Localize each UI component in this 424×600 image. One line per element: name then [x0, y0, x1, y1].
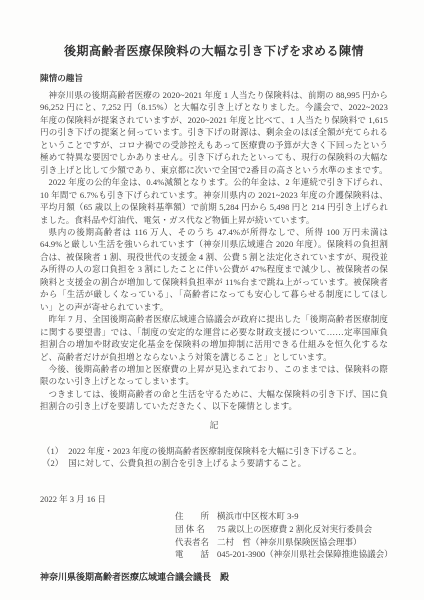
paragraph-4: 昨年 7 月、全国後期高齢者医療広域連合協議会が政府に提出した「後期高齢者医療制… [40, 313, 388, 363]
item-1-number: （1） [42, 446, 63, 456]
representative-label: 代表者名 [175, 536, 209, 549]
organization-label: 団 体 名 [175, 523, 209, 536]
section-heading-purpose: 陳情の趣旨 [40, 72, 388, 84]
petition-document-page: 後期高齢者医療保険料の大幅な引き下げを求める陳情 陳情の趣旨 神奈川県の後期高齢… [0, 0, 424, 600]
representative-value: 二村 哲（神奈川県保険医協会理事） [217, 537, 362, 547]
signature-block: 住 所横浜市中区桜木町 3-9 団 体 名75 歳以上の医療費 2 割化反対実行… [175, 510, 388, 561]
paragraph-5: 今後、後期高齢者の増加と医療費の上昇が見込まれており、このままでは、保険料の際限… [40, 363, 388, 388]
page-title: 後期高齢者医療保険料の大幅な引き下げを求める陳情 [40, 42, 388, 59]
signature-row-representative: 代表者名二村 哲（神奈川県保険医協会理事） [175, 536, 388, 549]
ki-marker: 記 [40, 418, 388, 431]
item-2-number: （2） [42, 458, 63, 468]
paragraph-3: 県内の後期高齢者は 116 万人、そのうち 47.4%が所得なしで、所得 100… [40, 226, 388, 313]
address-label: 住 所 [175, 510, 209, 523]
phone-value: 045-201-3900（神奈川県社会保障推進協議会） [217, 549, 393, 559]
petition-item-2: （2）国に対して、公費負担の割合を引き上げるよう要請すること。 [42, 457, 388, 470]
paragraph-2: 2022 年度の公的年金は、0.4%減額となります。公的年金は、2 年連続で引き… [40, 176, 388, 226]
item-2-text: 国に対して、公費負担の割合を引き上げるよう要請すること。 [68, 458, 306, 468]
petition-items: （1）2022 年度・2023 年度の後期高齢者医療制度保険料を大幅に引き下げる… [42, 445, 388, 470]
phone-label: 電 話 [175, 548, 209, 561]
organization-value: 75 歳以上の医療費 2 割化反対実行委員会 [217, 524, 372, 534]
document-date: 2022 年 3 月 16 日 [40, 493, 388, 505]
signature-row-address: 住 所横浜市中区桜木町 3-9 [175, 510, 388, 523]
item-1-text: 2022 年度・2023 年度の後期高齢者医療制度保険料を大幅に引き下げること。 [68, 446, 361, 456]
address-value: 横浜市中区桜木町 3-9 [217, 511, 298, 521]
paragraph-1: 神奈川県の後期高齢者医療の 2020~2021 年度 1 人当たり保険料は、前期… [40, 89, 388, 176]
signature-row-organization: 団 体 名75 歳以上の医療費 2 割化反対実行委員会 [175, 523, 388, 536]
petition-body: 神奈川県の後期高齢者医療の 2020~2021 年度 1 人当たり保険料は、前期… [40, 89, 388, 413]
petition-item-1: （1）2022 年度・2023 年度の後期高齢者医療制度保険料を大幅に引き下げる… [42, 445, 388, 458]
paragraph-6: つきましては、後期高齢者の命と生活を守るために、大幅な保険料の引き下げ、国に負担… [40, 388, 388, 413]
signature-row-phone: 電 話045-201-3900（神奈川県社会保障推進協議会） [175, 548, 388, 561]
addressee-line: 神奈川県後期高齢者医療広域連合議会議長 殿 [40, 570, 388, 583]
